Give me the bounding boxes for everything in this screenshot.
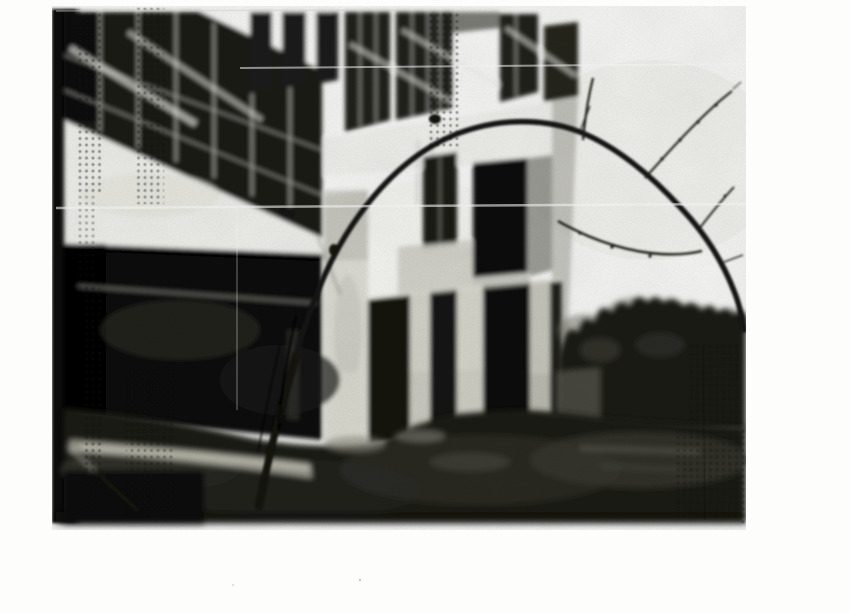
photograph bbox=[0, 0, 850, 613]
scanned-page bbox=[0, 0, 850, 613]
page-speck bbox=[359, 579, 361, 581]
photo-area bbox=[44, 6, 780, 530]
photocopy-grain bbox=[52, 6, 746, 530]
page-speck bbox=[232, 584, 234, 586]
